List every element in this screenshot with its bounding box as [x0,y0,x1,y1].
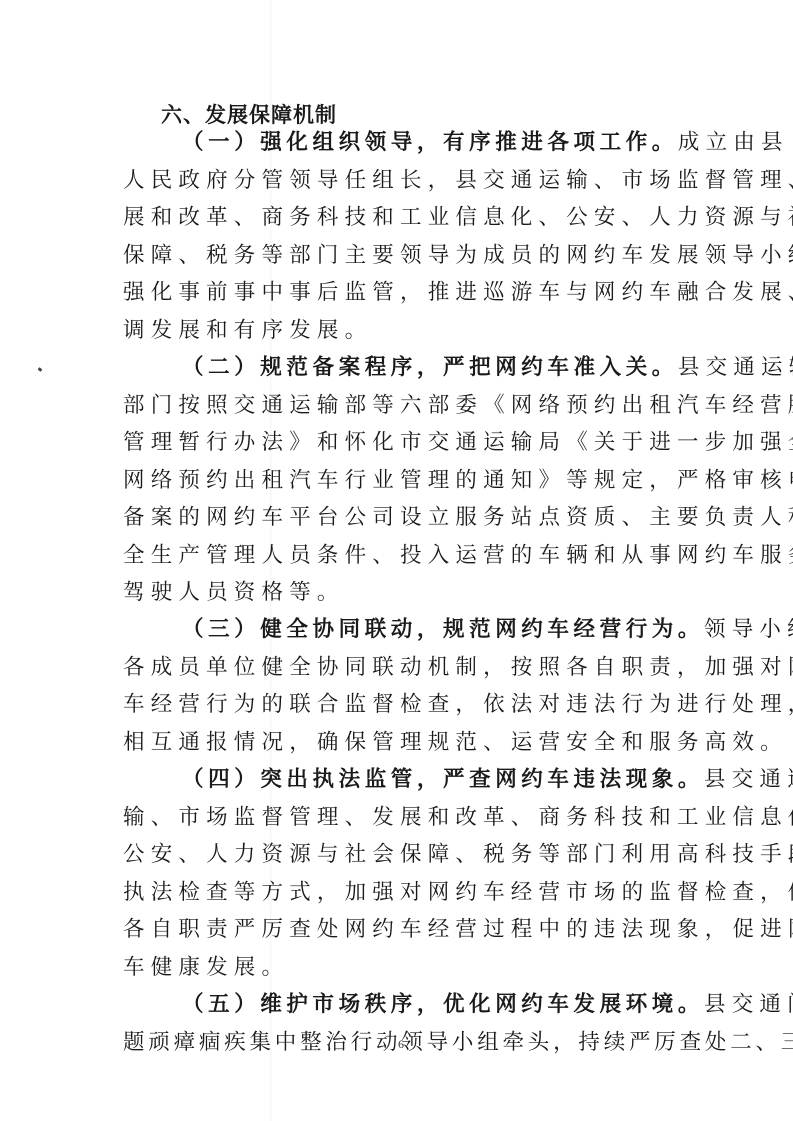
text-line: 执法检查等方式，加强对网约车经营市场的监督检查，依照 [123,874,665,912]
paragraph-lead: （四）突出执法监管，严查网约车违法现象。 [182,767,704,792]
scan-speck [38,367,43,372]
paragraph-lead: （三）健全协同联动，规范网约车经营行为。 [182,617,704,642]
text-line: 车经营行为的联合监督检查，依法对违法行为进行处理，并 [123,686,665,724]
document-page: 六、发展保障机制 （一）强化组织领导，有序推进各项工作。成立由县 人民政府分管领… [0,0,793,1121]
text-line: 强化事前事中事后监管，推进巡游车与网约车融合发展、协 [123,274,665,312]
text-line: 全生产管理人员条件、投入运营的车辆和从事网约车服务的 [123,537,665,575]
text-line: 题顽瘴痼疾集中整治行动领导小组牵头，持续严厉查处二、三、 [123,1024,665,1062]
text-line: 网络预约出租汽车行业管理的通知》等规定，严格审核申请 [123,462,665,500]
paragraph-1: （一）强化组织领导，有序推进各项工作。成立由县 人民政府分管领导任组长，县交通运… [123,124,665,349]
paragraph-lead: （一）强化组织领导，有序推进各项工作。 [182,130,678,155]
text-line: 调发展和有序发展。 [123,312,665,350]
text-line: 各自职责严厉查处网约车经营过程中的违法现象，促进网约 [123,911,665,949]
text-line: 公安、人力资源与社会保障、税务等部门利用高科技手段和 [123,836,665,874]
text-line: 部门按照交通运输部等六部委《网络预约出租汽车经营服务 [123,387,665,425]
paragraph-4: （四）突出执法监管，严查网约车违法现象。县交通运 输、市场监督管理、发展和改革、… [123,761,665,986]
paragraph-lead: （二）规范备案程序，严把网约车准入关。 [182,355,678,380]
text-line: 展和改革、商务科技和工业信息化、公安、人力资源与社会 [123,199,665,237]
text-line: 驾驶人员资格等。 [123,574,665,612]
text-line: 车健康发展。 [123,949,665,987]
text-line: 保障、税务等部门主要领导为成员的网约车发展领导小组， [123,237,665,275]
page-number: 6 [398,1037,404,1052]
text-line: 相互通报情况，确保管理规范、运营安全和服务高效。 [123,724,665,762]
paragraph-2: （二）规范备案程序，严把网约车准入关。县交通运输 部门按照交通运输部等六部委《网… [123,349,665,612]
paragraph-lead: （五）维护市场秩序，优化网约车发展环境。 [182,992,704,1017]
text-line: 备案的网约车平台公司设立服务站点资质、主要负责人和安 [123,499,665,537]
paragraph-5: （五）维护市场秩序，优化网约车发展环境。县交通问 题顽瘴痼疾集中整治行动领导小组… [123,986,665,1061]
text-line: 人民政府分管领导任组长，县交通运输、市场监督管理、发 [123,162,665,200]
text-line: 各成员单位健全协同联动机制，按照各自职责，加强对网约 [123,649,665,687]
text-line: 输、市场监督管理、发展和改革、商务科技和工业信息化、 [123,799,665,837]
paragraph-3: （三）健全协同联动，规范网约车经营行为。领导小组 各成员单位健全协同联动机制，按… [123,611,665,761]
text-line: 管理暂行办法》和怀化市交通运输局《关于进一步加强全市 [123,424,665,462]
